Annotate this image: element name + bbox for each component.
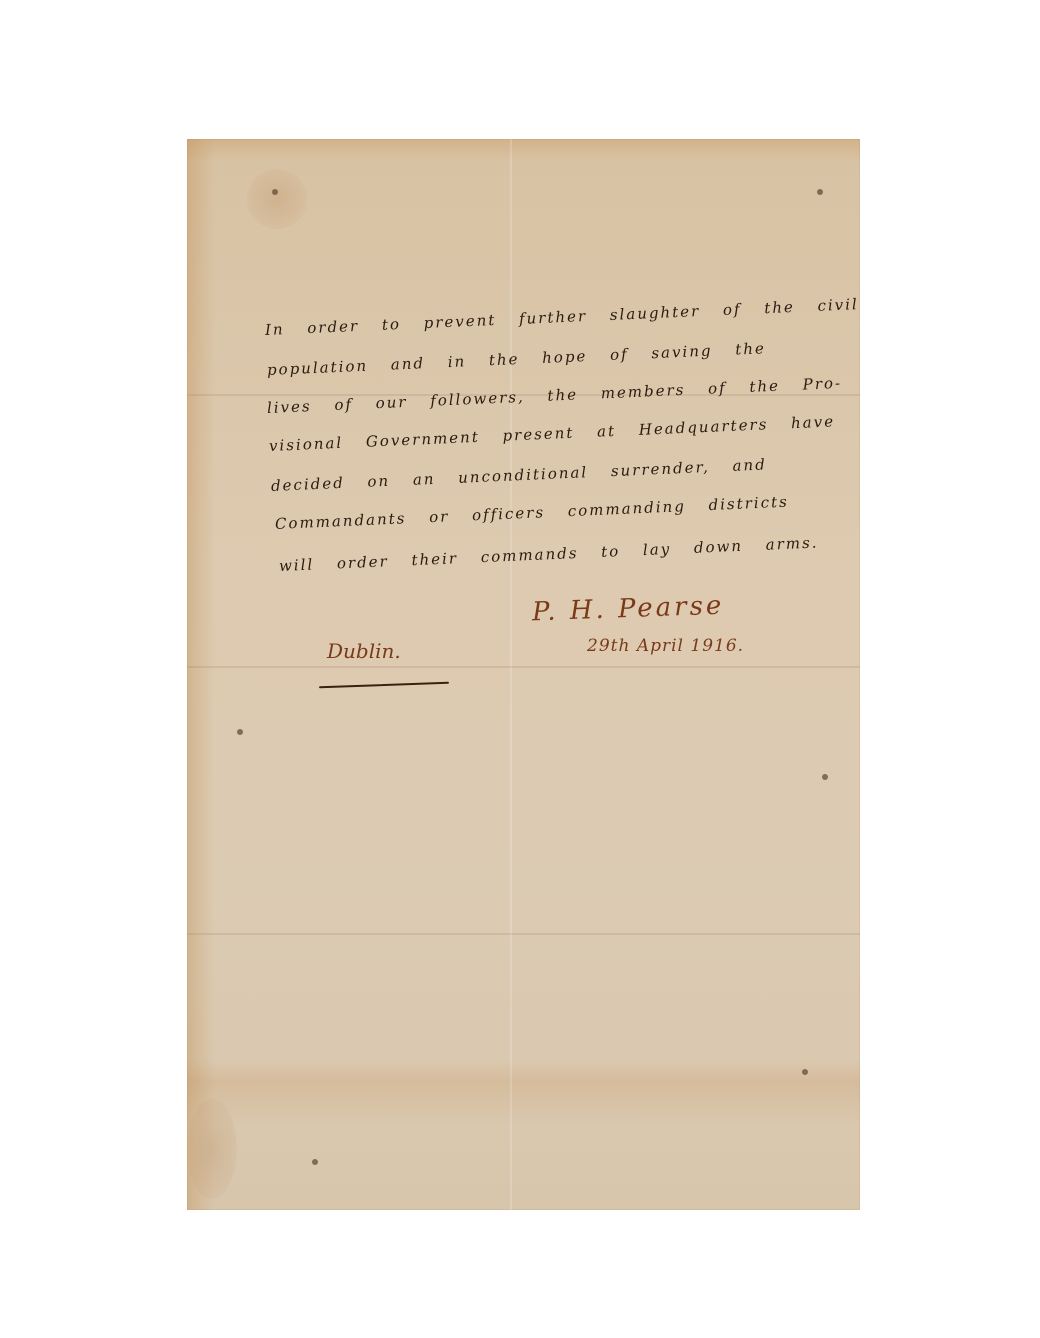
fold-line	[510, 139, 512, 1210]
body-line-7: will order their commands to lay down ar…	[279, 533, 819, 575]
pin-hole	[822, 774, 828, 780]
pin-hole	[237, 729, 243, 735]
stain	[187, 1099, 237, 1199]
letter-paper: In order to prevent further slaughter of…	[187, 139, 860, 1210]
pin-hole	[817, 189, 823, 195]
date: 29th April 1916.	[587, 636, 744, 656]
body-line-5: decided on an unconditional surrender, a…	[271, 455, 768, 495]
body-line-4: visional Government present at Headquart…	[269, 412, 836, 455]
body-line-1: In order to prevent further slaughter of…	[265, 295, 860, 339]
fold-line	[187, 666, 860, 668]
body-line-2: population and in the hope of saving the	[267, 339, 767, 379]
pin-hole	[272, 189, 278, 195]
place: Dublin.	[327, 639, 401, 663]
pin-hole	[312, 1159, 318, 1165]
pin-hole	[802, 1069, 808, 1075]
place-underline	[319, 682, 449, 689]
body-line-3: lives of our followers, the members of t…	[267, 374, 843, 417]
fold-line	[187, 933, 860, 935]
stain	[247, 169, 307, 229]
body-line-6: Commandants or officers commanding distr…	[275, 493, 790, 533]
signature: P. H. Pearse	[532, 591, 725, 628]
